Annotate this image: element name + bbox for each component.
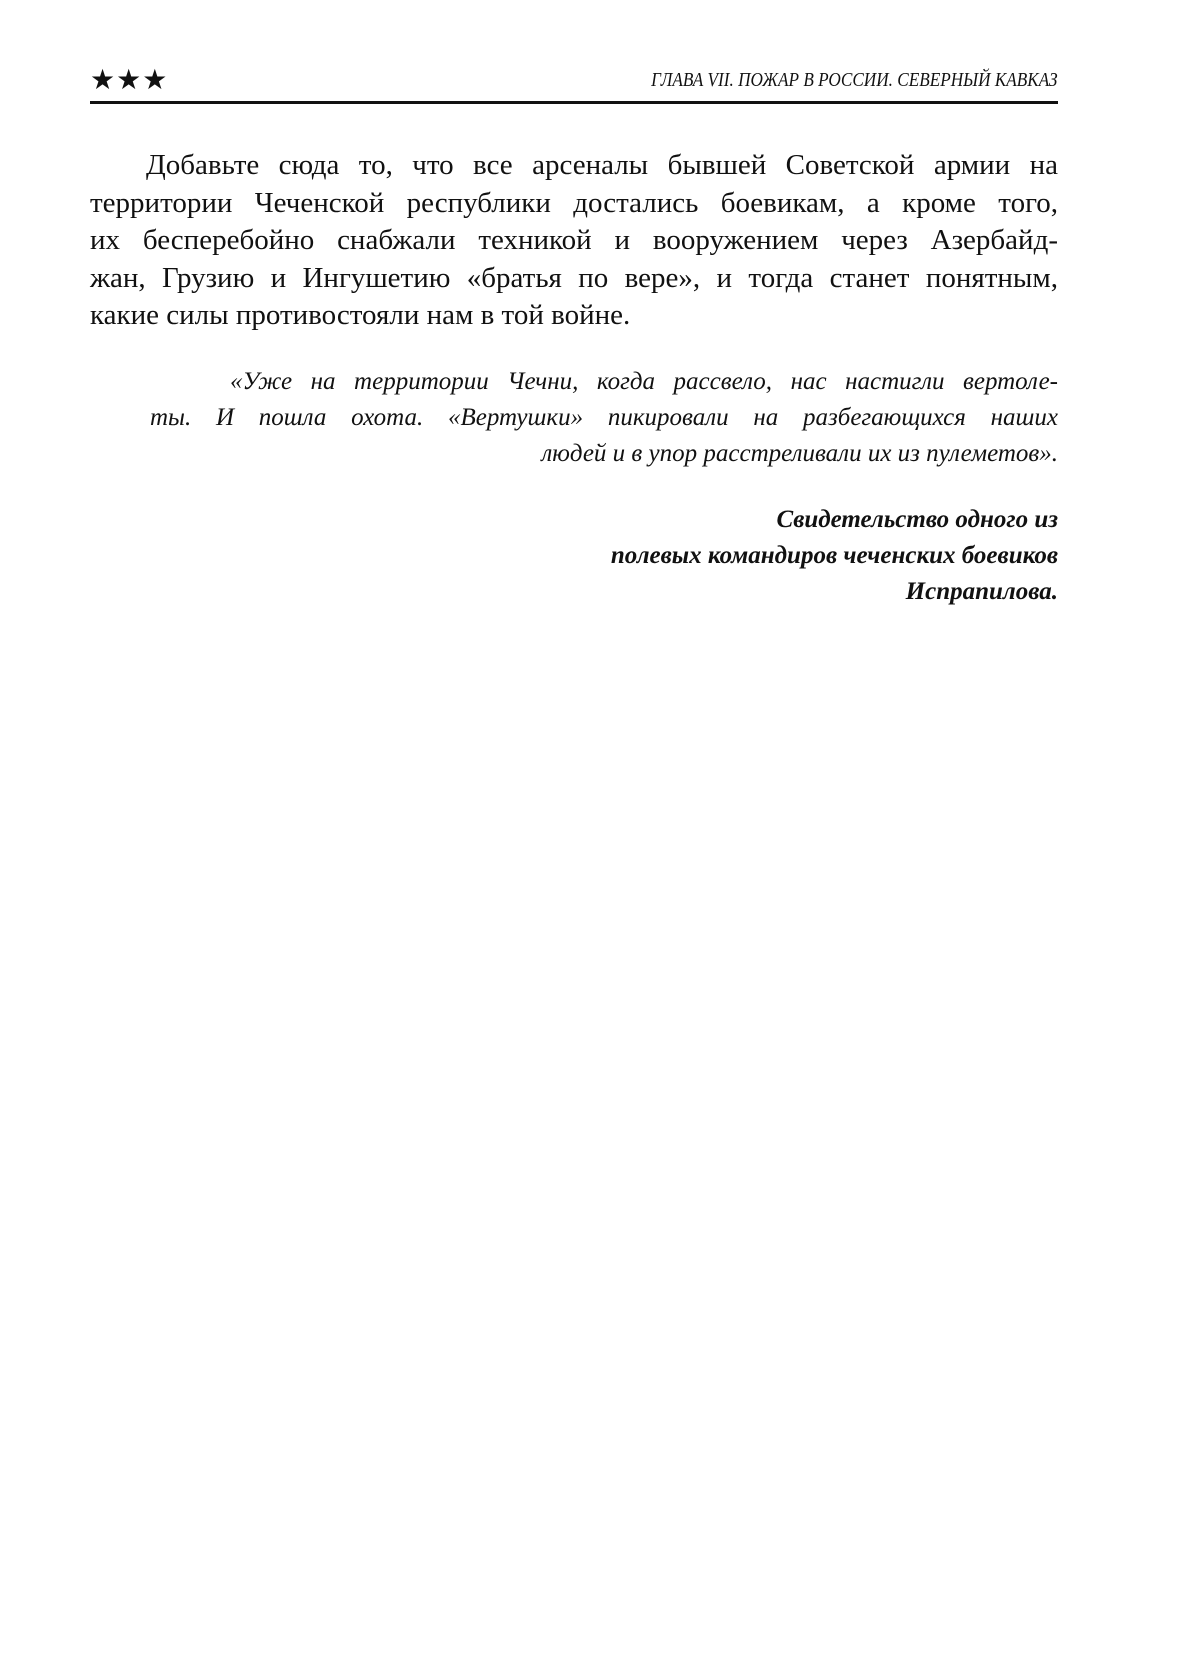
paragraph-line: их бесперебойно снабжали техникой и воор… <box>90 222 1058 260</box>
paragraph-line: территории Чеченской республики досталис… <box>90 185 1058 223</box>
attribution-line: полевых командиров чеченских боевиков <box>611 538 1058 574</box>
paragraph-line: Добавьте сюда то, что все арсеналы бывше… <box>90 147 1058 185</box>
quote-line: людей и в упор расстреливали их из пулем… <box>150 436 1058 472</box>
quote-line: «Уже на территории Чечни, когда рассвело… <box>150 364 1058 400</box>
stars-ornament-icon: ★★★ <box>90 66 168 94</box>
attribution-line: Испрапилова. <box>611 574 1058 610</box>
quote-line: ты. И пошла охота. «Вертушки» пикировали… <box>150 400 1058 436</box>
paragraph-line: жан, Грузию и Ингушетию «братья по вере»… <box>90 260 1058 298</box>
running-head: ★★★ ГЛАВА VII. ПОЖАР В РОССИИ. СЕВЕРНЫЙ … <box>90 62 1058 98</box>
body-paragraph: Добавьте сюда то, что все арсеналы бывше… <box>90 147 1058 335</box>
attribution-line: Свидетельство одного из <box>611 502 1058 538</box>
quote-attribution: Свидетельство одного из полевых командир… <box>611 502 1058 610</box>
paragraph-line: какие силы противостояли нам в той войне… <box>90 297 1058 335</box>
chapter-title: ГЛАВА VII. ПОЖАР В РОССИИ. СЕВЕРНЫЙ КАВК… <box>652 69 1058 92</box>
epigraph-quote: «Уже на территории Чечни, когда рассвело… <box>150 364 1058 472</box>
header-rule <box>90 101 1058 104</box>
